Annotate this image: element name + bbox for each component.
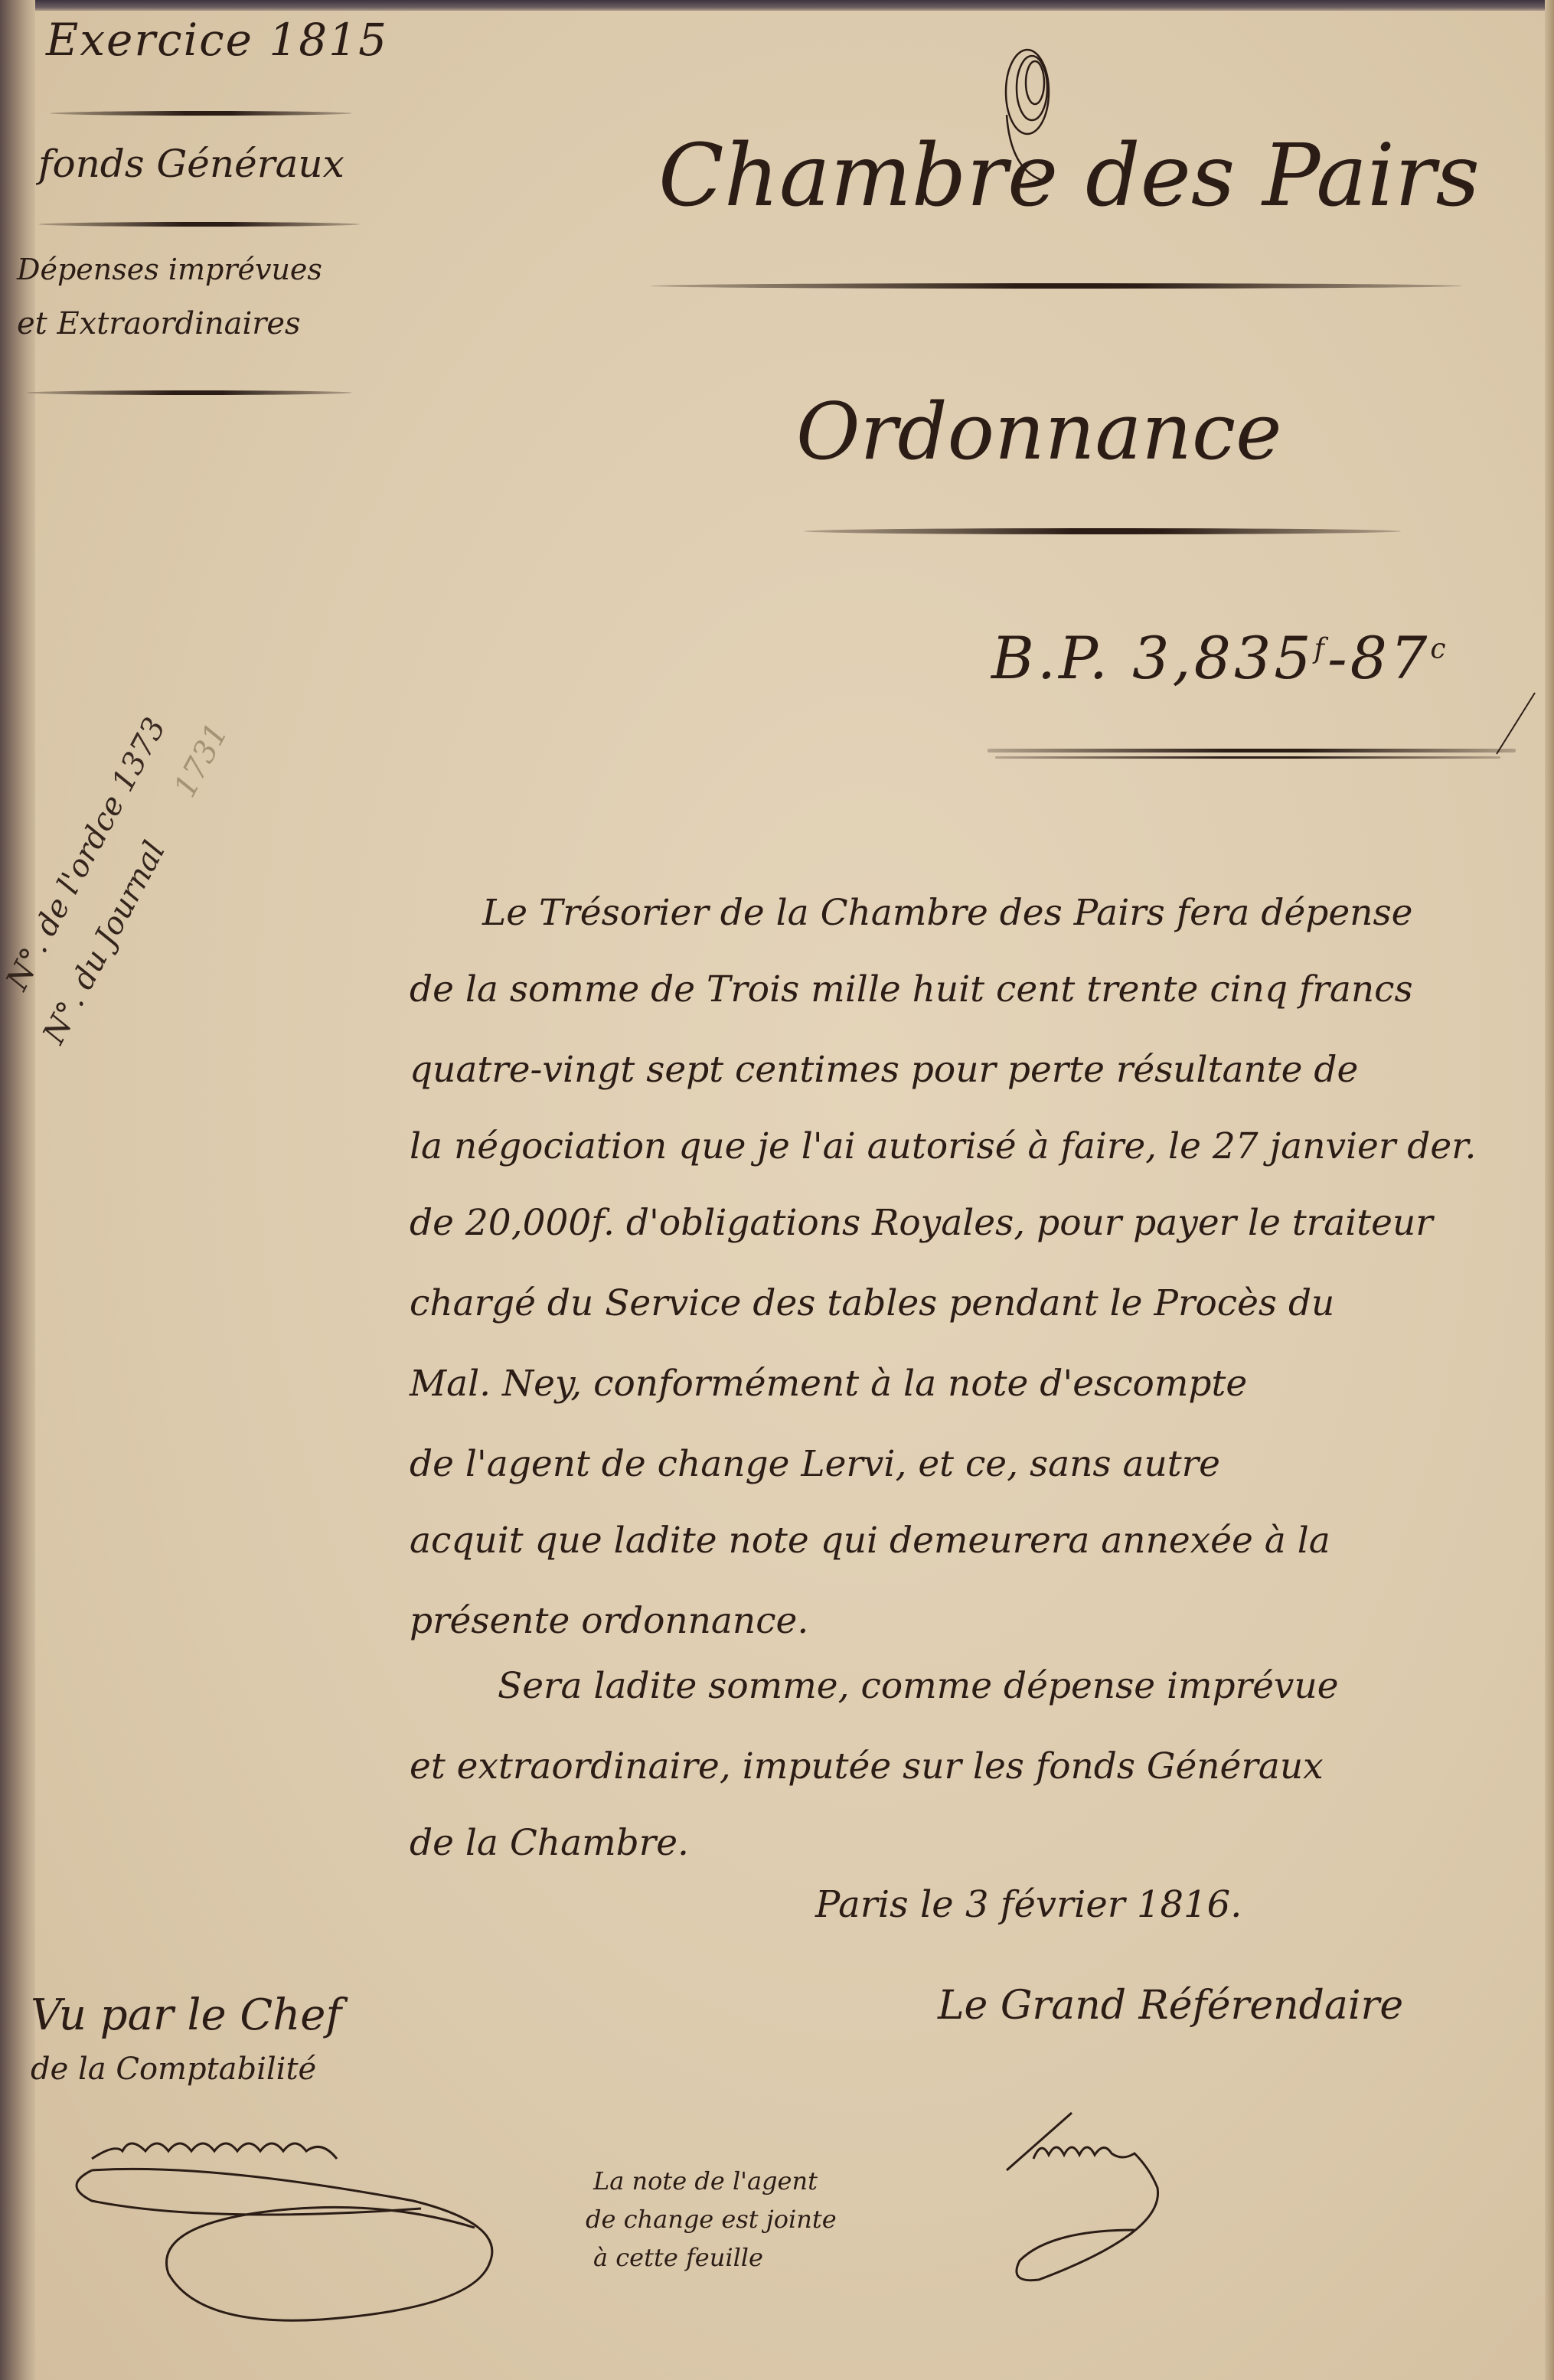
category-line-2: et Extraordinaires (17, 306, 301, 341)
document-subtitle: Ordonnance (796, 387, 1281, 478)
amount-underline-1 (988, 749, 1516, 753)
approval-line-1: Vu par le Chef (31, 1990, 341, 2040)
body-line: Le Trésorier de la Chambre des Pairs fer… (482, 892, 1412, 934)
header-divider-3 (27, 390, 352, 395)
body-line: de la Chambre. (410, 1822, 689, 1864)
exercise-year: Exercice 1815 (46, 14, 388, 66)
fund-label: fonds Généraux (38, 142, 344, 186)
ref-francs: 3,835 (1132, 624, 1314, 692)
body-line: présente ordonnance. (410, 1600, 808, 1642)
attachment-note-line: de change est jointe (586, 2205, 837, 2234)
ref-prefix: B.P. (991, 624, 1111, 692)
ref-centimes: 87 (1350, 624, 1431, 692)
body-line: Sera ladite somme, comme dépense imprévu… (498, 1665, 1339, 1707)
amount-bracket-stroke-icon (1493, 689, 1539, 758)
ref-francs-unit: f (1314, 634, 1327, 665)
body-line: de l'agent de change Lervi, et ce, sans … (410, 1443, 1220, 1485)
subtitle-divider (804, 528, 1401, 534)
attachment-note-line: La note de l'agent (593, 2166, 818, 2196)
body-line: de la somme de Trois mille huit cent tre… (410, 968, 1413, 1010)
header-divider-2 (38, 222, 360, 227)
body-line: de 20,000f. d'obligations Royales, pour … (410, 1202, 1433, 1244)
attachment-note-line: à cette feuille (593, 2243, 763, 2272)
body-line: Mal. Ney, conformément à la note d'escom… (410, 1363, 1247, 1405)
amount-underline-2 (995, 756, 1500, 759)
category-line-1: Dépenses imprévues (17, 253, 322, 286)
approval-line-2: de la Comptabilité (31, 2052, 316, 2087)
body-line: acquit que ladite note qui demeurera ann… (410, 1520, 1330, 1562)
page-right-edge (1545, 0, 1554, 2380)
place-and-date: Paris le 3 février 1816. (815, 1883, 1242, 1926)
body-line: chargé du Service des tables pendant le … (410, 1282, 1334, 1324)
accounting-chief-signature-icon (77, 2098, 551, 2350)
signatory-title: Le Grand Référendaire (938, 1983, 1403, 2029)
body-line: la négociation que je l'ai autorisé à fa… (410, 1125, 1476, 1167)
document-title: Chambre des Pairs (658, 126, 1480, 226)
body-line: et extraordinaire, imputée sur les fonds… (410, 1745, 1324, 1787)
body-line: quatre-vingt sept centimes pour perte ré… (410, 1049, 1358, 1091)
amount-reference: B.P. 3,835f-87c (991, 624, 1449, 692)
header-divider-1 (50, 111, 352, 116)
grand-referendaire-signature-icon (1003, 2098, 1232, 2274)
title-divider (651, 283, 1462, 289)
ref-centimes-unit: c (1430, 634, 1448, 665)
